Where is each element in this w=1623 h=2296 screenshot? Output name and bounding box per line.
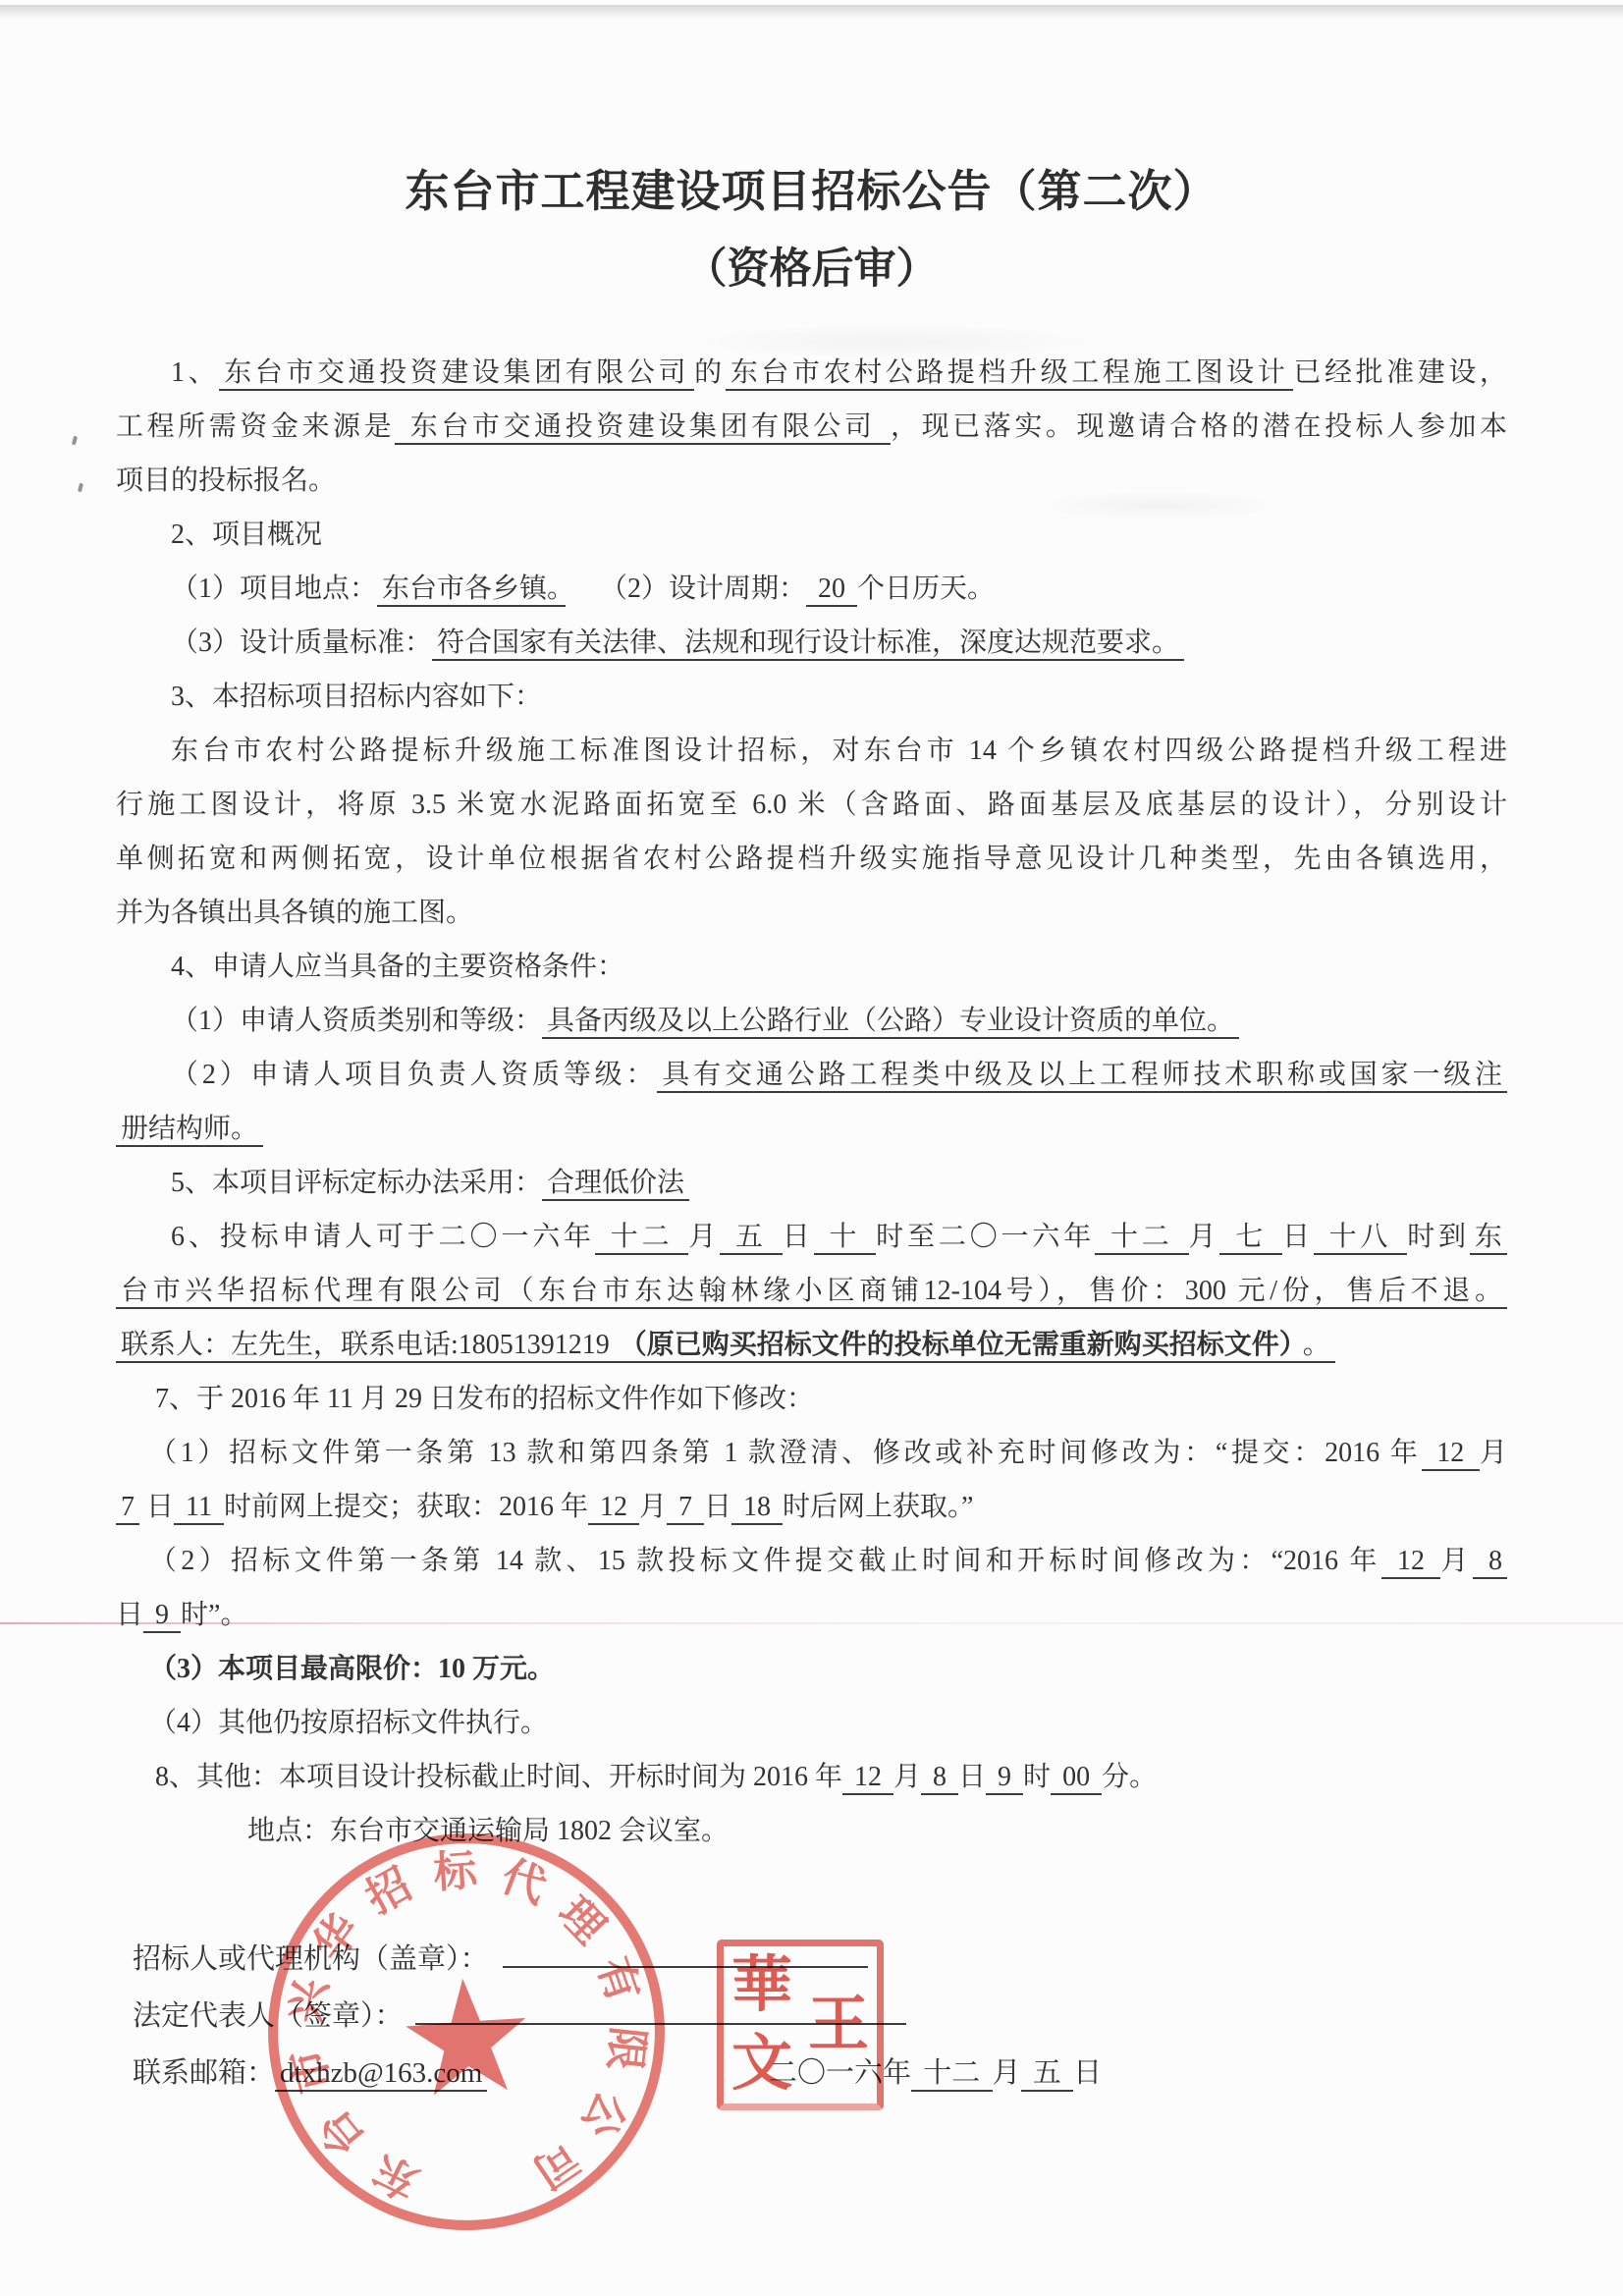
text-segment: 分。 [1102, 1762, 1157, 1792]
text-segment: 时后网上获取。” [783, 1492, 973, 1522]
text-segment: 东台市各乡镇。 [377, 574, 566, 607]
seal-star-icon [403, 1975, 530, 2098]
text-segment: 20 [806, 574, 857, 607]
text-segment: 联系人：左先生，联系电话:18051391219 [116, 1330, 615, 1363]
text-segment: 9 [143, 1600, 181, 1633]
text-segment: 已经批准建设， [1293, 357, 1507, 388]
text-segment: 5、本项目评标定标办法采用： [171, 1168, 542, 1198]
doc-line: （3）本项目最高限价：10 万元。 [116, 1642, 1507, 1696]
text-segment: 12 [1422, 1438, 1480, 1471]
text-segment: ，现已落实。现邀请合格的潜在投标人参加本 [891, 411, 1507, 442]
seal-arc-char: 市 [283, 2044, 340, 2098]
document-title: 东台市工程建设项目招标公告（第二次） （资格后审） [0, 155, 1623, 296]
doc-line: 项目的投标报名。 [116, 454, 1507, 508]
text-segment: 1、 [171, 357, 219, 388]
text-segment: 3、本招标项目招标内容如下： [171, 682, 542, 712]
text-segment: （1）招标文件第一条第 13 款和第四条第 1 款澄清、修改或补充时间修改为：“… [149, 1438, 1422, 1468]
text-segment: 月 [1189, 1222, 1220, 1252]
doc-line: 1、东台市交通投资建设集团有限公司的东台市农村公路提档升级工程施工图设计已经批准… [116, 346, 1507, 400]
name-seal: 華 王 文 [717, 1940, 884, 2110]
text-segment: 日 [783, 1222, 814, 1252]
doc-line: （2）申请人项目负责人资质等级：具有交通公路工程类中级及以上工程师技术职称或国家… [116, 1048, 1507, 1102]
email-label: 联系邮箱： [133, 2057, 275, 2089]
text-segment: 11 [174, 1492, 224, 1525]
text-segment: 月 [1440, 1546, 1472, 1576]
text-segment: 月 [993, 2057, 1021, 2089]
doc-line: 台市兴华招标代理有限公司（东台市东达翰林缘小区商铺12-104号），售价：300… [116, 1264, 1507, 1318]
text-segment: 十二 [1095, 1222, 1188, 1255]
doc-line: 2、项目概况 [116, 508, 1507, 562]
text-segment: 4、申请人应当具备的主要资格条件： [171, 952, 624, 982]
text-segment: 具有交通公路工程类中级及以上工程师技术职称或国家一级注 [657, 1060, 1507, 1093]
doc-line: 并为各镇出具各镇的施工图。 [116, 886, 1507, 940]
seal-arc-char: 代 [495, 1852, 554, 1913]
text-segment: 2、项目概况 [171, 519, 322, 550]
text-segment: 东 [1470, 1222, 1507, 1255]
text-segment: 工程所需资金来源是 [116, 411, 395, 442]
text-segment: 东台市交通投资建设集团有限公司 [395, 411, 891, 445]
text-segment: 月 [688, 1222, 720, 1252]
text-segment: 12 [588, 1492, 639, 1525]
text-segment: 册结构师。 [116, 1114, 263, 1147]
text-segment: 18 [731, 1492, 783, 1525]
doc-line: 7、于 2016 年 11 月 29 日发布的招标文件作如下修改： [116, 1372, 1507, 1426]
text-segment: （1）项目地点： [171, 574, 377, 604]
company-seal: 东台市兴华招标代理有限公司 [239, 1804, 693, 2259]
text-segment: 日 [1282, 1222, 1314, 1252]
text-segment: 五 [720, 1222, 783, 1255]
text-segment: 月 [1480, 1438, 1507, 1468]
text-segment: 项目的投标报名。 [116, 465, 336, 496]
text-segment: （3）设计质量标准： [171, 628, 432, 658]
text-segment: （4）其他仍按原招标文件执行。 [149, 1708, 548, 1738]
text-segment: （2）设计周期： [566, 574, 806, 604]
document-body: 1、东台市交通投资建设集团有限公司的东台市农村公路提档升级工程施工图设计已经批准… [116, 346, 1507, 1858]
text-segment: 12 [842, 1762, 893, 1795]
name-seal-char: 文 [724, 2025, 800, 2104]
text-segment: 十二 [911, 2057, 993, 2092]
text-segment: 日 [704, 1492, 731, 1522]
doc-line: 4、申请人应当具备的主要资格条件： [116, 940, 1507, 994]
text-segment: （2）申请人项目负责人资质等级： [171, 1060, 657, 1090]
text-segment: 日 [116, 1600, 143, 1630]
text-segment: 具备丙级及以上公路行业（公路）专业设计资质的单位。 [542, 1006, 1239, 1039]
text-segment: 东台市交通投资建设集团有限公司 [219, 357, 694, 391]
text-segment: 7 [116, 1492, 139, 1525]
text-segment: 五 [1021, 2057, 1074, 2092]
text-segment: 12 [1381, 1546, 1441, 1579]
text-segment: 时”。 [181, 1600, 247, 1630]
doc-line: 单侧拓宽和两侧拓宽，设计单位根据省农村公路提档升级实施指导意见设计几种类型，先由… [116, 832, 1507, 886]
text-segment: 日 [139, 1492, 174, 1522]
text-segment: （1）申请人资质类别和等级： [171, 1006, 542, 1036]
text-segment: 日 [958, 1762, 986, 1792]
text-segment: 8、其他：本项目设计投标截止时间、开标时间为 2016 年 [155, 1762, 842, 1792]
text-segment: 的 [694, 357, 726, 388]
text-segment: 十二 [595, 1222, 688, 1255]
text-segment: 7、于 2016 年 11 月 29 日发布的招标文件作如下修改： [155, 1384, 814, 1414]
text-segment: 个日历天。 [857, 574, 995, 604]
text-segment: 00 [1051, 1762, 1102, 1795]
text-segment: 符合国家有关法律、法规和现行设计标准，深度达规范要求。 [432, 628, 1184, 661]
text-segment: （原已购买招标文件的投标单位无需重新购买招标文件） [615, 1330, 1298, 1363]
text-segment: （2）招标文件第一条第 14 款、15 款投标文件提交截止时间和开标时间修改为：… [149, 1546, 1381, 1576]
text-segment: 日 [1073, 2057, 1102, 2089]
text-segment: 月 [639, 1492, 667, 1522]
doc-line: 7 日 11 时前网上提交；获取：2016 年 12 月 7 日 18 时后网上… [116, 1480, 1507, 1534]
doc-line: （4）其他仍按原招标文件执行。 [116, 1696, 1507, 1750]
text-segment: 月 [893, 1762, 921, 1792]
name-seal-char: 王 [800, 1946, 877, 2104]
scan-artifact-speck [78, 483, 83, 493]
text-segment: 。 [1298, 1330, 1335, 1363]
text-segment: 东台市农村公路提标升级施工标准图设计招标，对东台市 14 个乡镇农村四级公路提档… [171, 736, 1507, 766]
text-segment: 十八 [1314, 1222, 1407, 1255]
text-segment: 9 [986, 1762, 1023, 1795]
text-segment: 7 [667, 1492, 704, 1525]
text-segment: 行施工图设计，将原 3.5 米宽水泥路面拓宽至 6.0 米（含路面、路面基层及底… [116, 790, 1507, 820]
doc-line: 东台市农村公路提标升级施工标准图设计招标，对东台市 14 个乡镇农村四级公路提档… [116, 724, 1507, 778]
text-segment: 台市兴华招标代理有限公司（东台市东达翰林缘小区商铺12-104号），售价：300… [116, 1276, 1507, 1309]
name-seal-char: 華 [724, 1946, 800, 2025]
doc-line: 3、本招标项目招标内容如下： [116, 670, 1507, 724]
text-segment: 十 [814, 1222, 877, 1255]
text-segment: 合理低价法 [542, 1168, 689, 1201]
doc-line: 8、其他：本项目设计投标截止时间、开标时间为 2016 年 12 月 8 日 9… [116, 1750, 1507, 1804]
seal-arc-char: 标 [432, 1846, 480, 1897]
text-segment: 并为各镇出具各镇的施工图。 [116, 898, 473, 928]
text-segment: 时 [1023, 1762, 1051, 1792]
text-segment: 东台市农村公路提档升级工程施工图设计 [726, 357, 1294, 391]
scan-artifact-top-band [0, 5, 1623, 19]
text-segment: 8 [1473, 1546, 1507, 1579]
text-segment: 时至二〇一六年 [876, 1222, 1095, 1252]
doc-line: （2）招标文件第一条第 14 款、15 款投标文件提交截止时间和开标时间修改为：… [116, 1534, 1507, 1588]
text-segment: 6、投标申请人可于二〇一六年 [171, 1222, 595, 1252]
title-line-2: （资格后审） [0, 236, 1623, 296]
doc-line: 6、投标申请人可于二〇一六年 十二 月 五 日 十 时至二〇一六年 十二 月 七… [116, 1210, 1507, 1264]
seal-arc-char: 兴 [282, 1975, 338, 2028]
doc-line: 行施工图设计，将原 3.5 米宽水泥路面拓宽至 6.0 米（含路面、路面基层及底… [116, 778, 1507, 832]
text-segment: 七 [1219, 1222, 1282, 1255]
text-segment: 单侧拓宽和两侧拓宽，设计单位根据省农村公路提档升级实施指导意见设计几种类型，先由… [116, 844, 1507, 874]
seal-arc-char: 有 [588, 1951, 648, 2008]
text-segment: 时到 [1407, 1222, 1470, 1252]
scanned-document-page: 东台市工程建设项目招标公告（第二次） （资格后审） 1、东台市交通投资建设集团有… [0, 0, 1623, 2296]
doc-line: 日 9 时”。 [116, 1588, 1507, 1642]
doc-line: 册结构师。 [116, 1102, 1507, 1156]
doc-line: 工程所需资金来源是 东台市交通投资建设集团有限公司 ，现已落实。现邀请合格的潜在… [116, 400, 1507, 454]
title-line-1: 东台市工程建设项目招标公告（第二次） [0, 155, 1623, 219]
doc-line: 联系人：左先生，联系电话:18051391219（原已购买招标文件的投标单位无需… [116, 1318, 1507, 1372]
scan-artifact-speck [72, 436, 78, 446]
doc-line: （1）招标文件第一条第 13 款和第四条第 1 款澄清、修改或补充时间修改为：“… [116, 1426, 1507, 1480]
doc-line: 5、本项目评标定标办法采用：合理低价法 [116, 1156, 1507, 1210]
text-segment: 时前网上提交；获取：2016 年 [224, 1492, 588, 1522]
doc-line: （1）申请人资质类别和等级：具备丙级及以上公路行业（公路）专业设计资质的单位。 [116, 994, 1507, 1048]
text-segment: 8 [921, 1762, 958, 1795]
doc-line: （1）项目地点：东台市各乡镇。 （2）设计周期： 20 个日历天。 [116, 562, 1507, 616]
text-segment: （3）本项目最高限价：10 万元。 [149, 1654, 555, 1684]
seal-arc-char: 限 [600, 2025, 652, 2073]
doc-line: （3）设计质量标准：符合国家有关法律、法规和现行设计标准，深度达规范要求。 [116, 616, 1507, 670]
